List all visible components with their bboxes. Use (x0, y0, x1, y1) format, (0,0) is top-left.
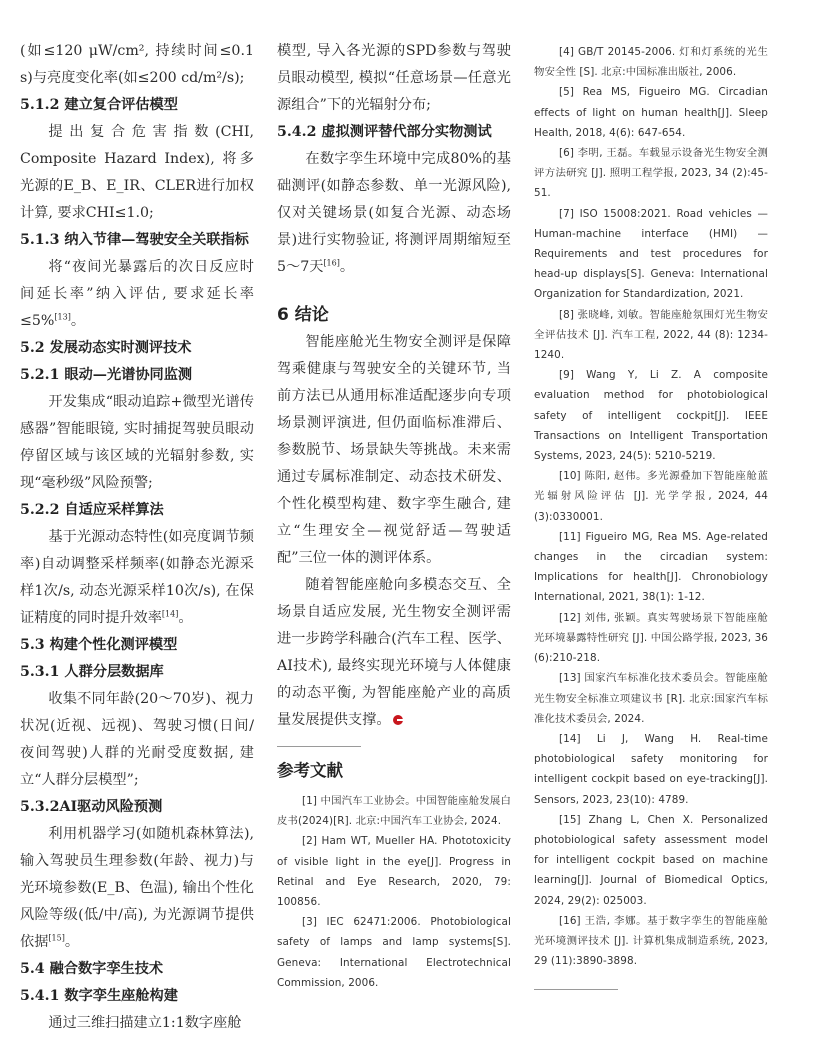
paragraph-text: 在数字孪生环境中完成80%的基础测评(如静态参数、单一光源风险), 仅对关键场景… (277, 151, 511, 275)
reference-16: [16] 王浩, 李娜。基于数字孪生的智能座舱光环境测评技术 [J]. 计算机集… (534, 911, 768, 972)
paragraph-5-1-2: 提出复合危害指数(CHI, Composite Hazard Index), 将… (20, 119, 254, 227)
period: 。 (65, 934, 79, 950)
spacer (534, 971, 768, 989)
heading-5-4: 5.4 融合数字孪生技术 (20, 956, 254, 983)
heading-5-1-2: 5.1.2 建立复合评估模型 (20, 92, 254, 119)
paragraph-5-4-1-continued: 模型, 导入各光源的SPD参数与驾驶员眼动模型, 模拟“任意场景—任意光源组合”… (277, 38, 511, 119)
column-3: [4] GB/T 20145-2006. 灯和灯系统的光生物安全性 [S]. 北… (534, 42, 768, 990)
paragraph-conclusion-1: 智能座舱光生物安全测评是保障驾乘健康与驾驶安全的关键环节, 当前方法已从通用标准… (277, 329, 511, 572)
spacer (277, 734, 511, 746)
paragraph-5-4-1: 通过三维扫描建立1:1数字座舱 (20, 1010, 254, 1037)
heading-5-4-1: 5.4.1 数字孪生座舱构建 (20, 983, 254, 1010)
reference-7: [7] ISO 15008:2021. Road vehicles — Huma… (534, 204, 768, 305)
heading-5-1-3: 5.1.3 纳入节律—驾驶安全关联指标 (20, 227, 254, 254)
reference-4: [4] GB/T 20145-2006. 灯和灯系统的光生物安全性 [S]. 北… (534, 42, 768, 82)
paragraph-intro: (如≤120 μW/cm², 持续时间≤0.1 s)与亮度变化率(如≤200 c… (20, 38, 254, 92)
paragraph-5-2-1: 开发集成“眼动追踪+微型光谱传感器”智能眼镜, 实时捕捉驾驶员眼动停留区域与该区… (20, 389, 254, 497)
heading-5-3-2: 5.3.2AI驱动风险预测 (20, 794, 254, 821)
reference-2: [2] Ham WT, Mueller HA. Phototoxicity of… (277, 831, 511, 912)
reference-1: [1] 中国汽车工业协会。中国智能座舱发展白皮书(2024)[R]. 北京:中国… (277, 791, 511, 831)
reference-8: [8] 张晓峰, 刘敏。智能座舱氛围灯光生物安全评估技术 [J]. 汽车工程, … (534, 305, 768, 366)
period: 。 (71, 313, 85, 329)
paragraph-text: 基于光源动态特性(如亮度调节频率)自动调整采样频率(如静态光源采样1次/s, 动… (20, 529, 254, 626)
paragraph-text: 随着智能座舱向多模态交互、全场景自适应发展, 光生物安全测评需进一步跨学科融合(… (277, 577, 511, 728)
heading-5-2-1: 5.2.1 眼动—光谱协同监测 (20, 362, 254, 389)
paragraph-5-4-2: 在数字孪生环境中完成80%的基础测评(如静态参数、单一光源风险), 仅对关键场景… (277, 146, 511, 281)
paragraph-conclusion-2: 随着智能座舱向多模态交互、全场景自适应发展, 光生物安全测评需进一步跨学科融合(… (277, 572, 511, 734)
citation-15[interactable]: [15] (48, 933, 64, 942)
reference-10: [10] 陈阳, 赵伟。多光源叠加下智能座舱蓝光辐射风险评估 [J]. 光学学报… (534, 466, 768, 527)
heading-6-conclusion: 6 结论 (277, 303, 511, 327)
reference-14: [14] Li J, Wang H. Real-time photobiolog… (534, 729, 768, 810)
paragraph-5-1-3: 将“夜间光暴露后的次日反应时间延长率”纳入评估, 要求延长率≤5%[13]。 (20, 254, 254, 335)
citation-13[interactable]: [13] (54, 312, 70, 321)
reference-12: [12] 刘伟, 张颖。真实驾驶场景下智能座舱光环境暴露特性研究 [J]. 中国… (534, 608, 768, 669)
reference-13: [13] 国家汽车标准化技术委员会。智能座舱光生物安全标准立项建议书 [R]. … (534, 668, 768, 729)
heading-5-3-1: 5.3.1 人群分层数据库 (20, 659, 254, 686)
heading-5-2-2: 5.2.2 自适应采样算法 (20, 497, 254, 524)
heading-5-2: 5.2 发展动态实时测评技术 (20, 335, 254, 362)
paragraph-5-3-2: 利用机器学习(如随机森林算法), 输入驾驶员生理参数(年龄、视力)与光环境参数(… (20, 821, 254, 956)
references-title: 参考文献 (277, 759, 511, 783)
column-2: 模型, 导入各光源的SPD参数与驾驶员眼动模型, 模拟“任意场景—任意光源组合”… (277, 38, 511, 993)
spacer (277, 747, 511, 759)
reference-9: [9] Wang Y, Li Z. A composite evaluation… (534, 365, 768, 466)
reference-5: [5] Rea MS, Figueiro MG. Circadian effec… (534, 82, 768, 143)
reference-6: [6] 李明, 王磊。车载显示设备光生物安全测评方法研究 [J]. 照明工程学报… (534, 143, 768, 204)
paragraph-5-2-2: 基于光源动态特性(如亮度调节频率)自动调整采样频率(如静态光源采样1次/s, 动… (20, 524, 254, 632)
heading-5-4-2: 5.4.2 虚拟测评替代部分实物测试 (277, 119, 511, 146)
period: 。 (340, 259, 354, 275)
article-end-icon (393, 715, 403, 725)
spacer (277, 281, 511, 303)
footer-divider-rule (534, 989, 618, 990)
paragraph-5-3-1: 收集不同年龄(20～70岁)、视力状况(近视、远视)、驾驶习惯(日间/夜间驾驶)… (20, 686, 254, 794)
column-1: (如≤120 μW/cm², 持续时间≤0.1 s)与亮度变化率(如≤200 c… (20, 38, 254, 1037)
reference-3: [3] IEC 62471:2006. Photobiological safe… (277, 912, 511, 993)
period: 。 (178, 610, 192, 626)
citation-14[interactable]: [14] (162, 609, 178, 618)
reference-11: [11] Figueiro MG, Rea MS. Age-related ch… (534, 527, 768, 608)
heading-5-3: 5.3 构建个性化测评模型 (20, 632, 254, 659)
reference-15: [15] Zhang L, Chen X. Personalized photo… (534, 810, 768, 911)
citation-16[interactable]: [16] (323, 258, 339, 267)
paragraph-text: 利用机器学习(如随机森林算法), 输入驾驶员生理参数(年龄、视力)与光环境参数(… (20, 826, 254, 950)
